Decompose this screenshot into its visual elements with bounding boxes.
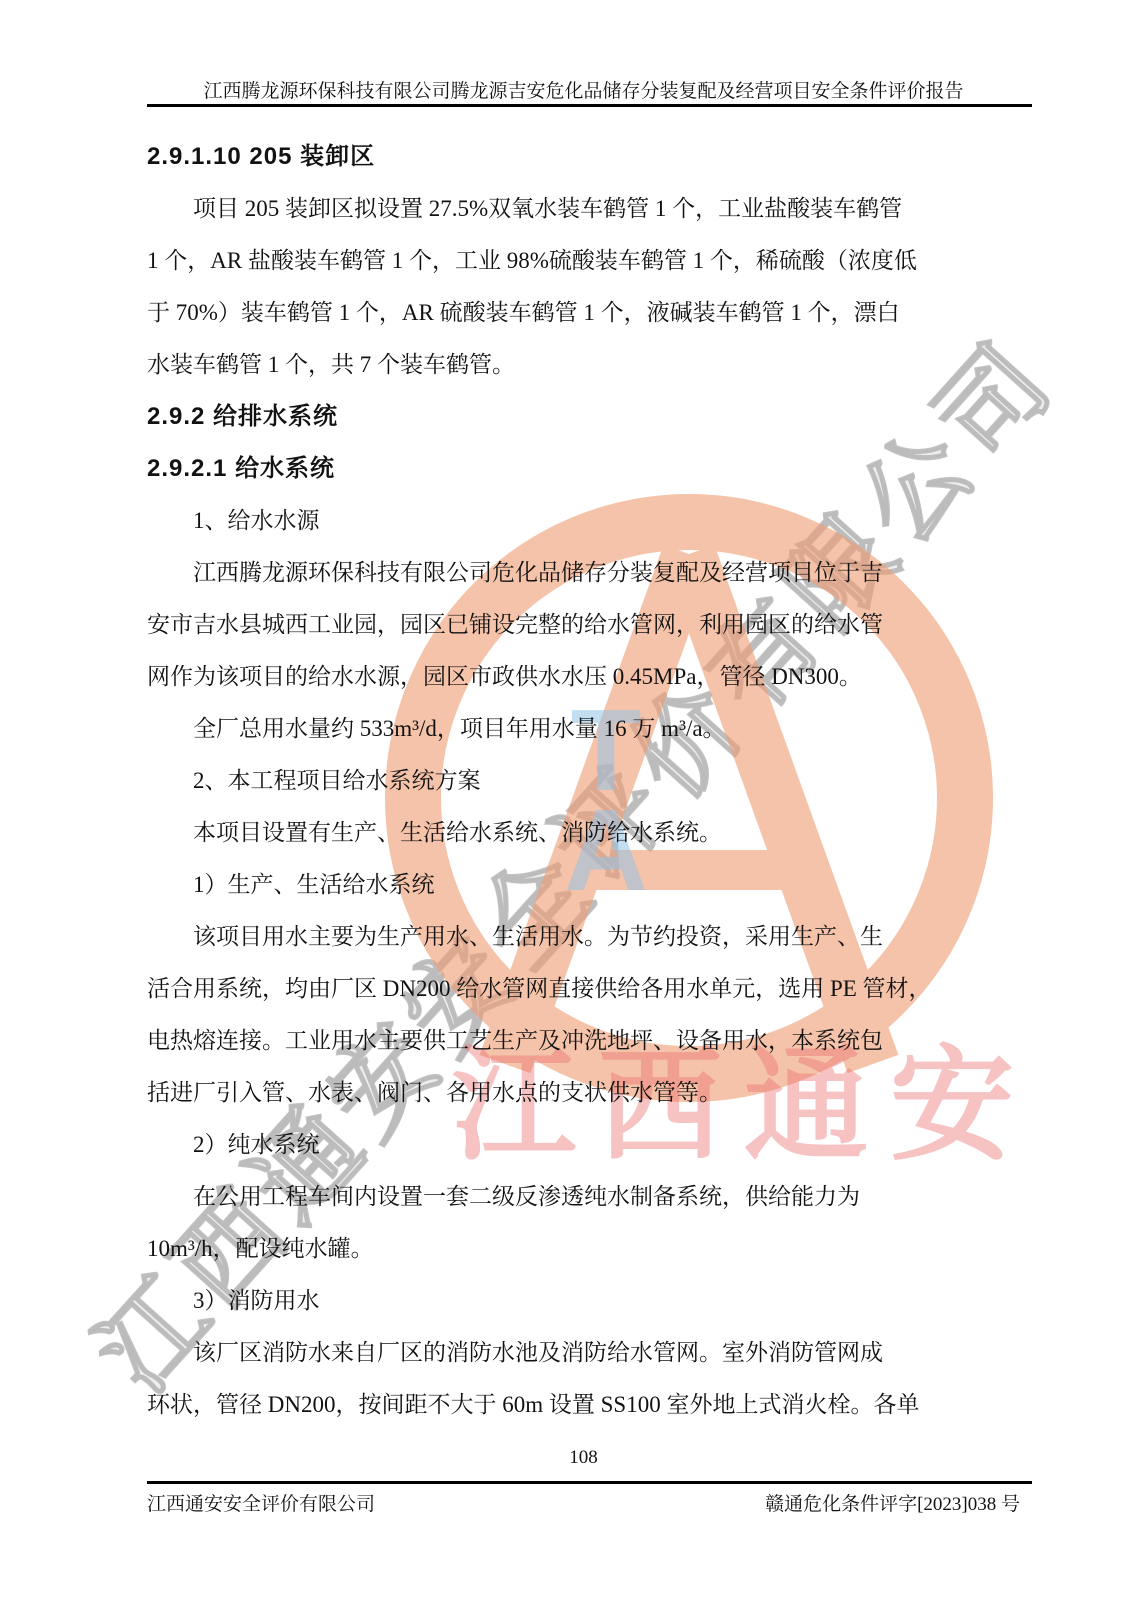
body-text-line: 2、本工程项目给水系统方案 [147,755,1020,807]
footer-document-number: 赣通危化条件评字[2023]038 号 [765,1489,1020,1516]
footer-company-name: 江西通安安全评价有限公司 [147,1489,375,1516]
body-text-line: 水装车鹤管 1 个，共 7 个装车鹤管。 [147,339,1020,391]
page-number: 108 [147,1447,1020,1469]
body-text-line: 项目 205 装卸区拟设置 27.5%双氧水装车鹤管 1 个，工业盐酸装车鹤管 [147,183,1020,235]
section-heading: 2.9.2.1 给水系统 [147,443,1020,495]
section-heading: 2.9.2 给排水系统 [147,391,1020,443]
body-text-line: 电热熔连接。工业用水主要供工艺生产及冲洗地坪、设备用水，本系统包 [147,1015,1020,1067]
body-text-line: 在公用工程车间内设置一套二级反渗透纯水制备系统，供给能力为 [147,1171,1020,1223]
body-text-line: 于 70%）装车鹤管 1 个，AR 硫酸装车鹤管 1 个，液碱装车鹤管 1 个，… [147,287,1020,339]
body-text-line: 本项目设置有生产、生活给水系统、消防给水系统。 [147,807,1020,859]
body-text-line: 安市吉水县城西工业园，园区已铺设完整的给水管网，利用园区的给水管 [147,599,1020,651]
body-text-line: 1 个，AR 盐酸装车鹤管 1 个，工业 98%硫酸装车鹤管 1 个，稀硫酸（浓… [147,235,1020,287]
body-text-line: 该厂区消防水来自厂区的消防水池及消防给水管网。室外消防管网成 [147,1327,1020,1379]
document-body: 2.9.1.10 205 装卸区项目 205 装卸区拟设置 27.5%双氧水装车… [147,131,1020,1431]
body-text-line: 3）消防用水 [147,1275,1020,1327]
header-rule [147,104,1032,107]
body-text-line: 2）纯水系统 [147,1119,1020,1171]
body-text-line: 1、给水水源 [147,495,1020,547]
body-text-line: 江西腾龙源环保科技有限公司危化品储存分装复配及经营项目位于吉 [147,547,1020,599]
body-text-line: 括进厂引入管、水表、阀门、各用水点的支状供水管等。 [147,1067,1020,1119]
page-footer: 江西通安安全评价有限公司 赣通危化条件评字[2023]038 号 [147,1489,1020,1516]
body-text-line: 环状，管径 DN200，按间距不大于 60m 设置 SS100 室外地上式消火栓… [147,1379,1020,1431]
footer-rule [147,1481,1032,1484]
body-text-line: 全厂总用水量约 533m³/d，项目年用水量 16 万 m³/a。 [147,703,1020,755]
document-page: 江西通安安全评价有限公司 T A 江西通安 江西腾龙源环保科技有限公司腾龙源吉安… [0,0,1131,1600]
body-text-line: 10m³/h，配设纯水罐。 [147,1223,1020,1275]
body-text-line: 1）生产、生活给水系统 [147,859,1020,911]
page-header-title: 江西腾龙源环保科技有限公司腾龙源吉安危化品储存分装复配及经营项目安全条件评价报告 [147,76,1020,103]
body-text-line: 该项目用水主要为生产用水、生活用水。为节约投资，采用生产、生 [147,911,1020,963]
body-text-line: 网作为该项目的给水水源，园区市政供水水压 0.45MPa，管径 DN300。 [147,651,1020,703]
section-heading: 2.9.1.10 205 装卸区 [147,131,1020,183]
body-text-line: 活合用系统，均由厂区 DN200 给水管网直接供给各用水单元，选用 PE 管材， [147,963,1020,1015]
